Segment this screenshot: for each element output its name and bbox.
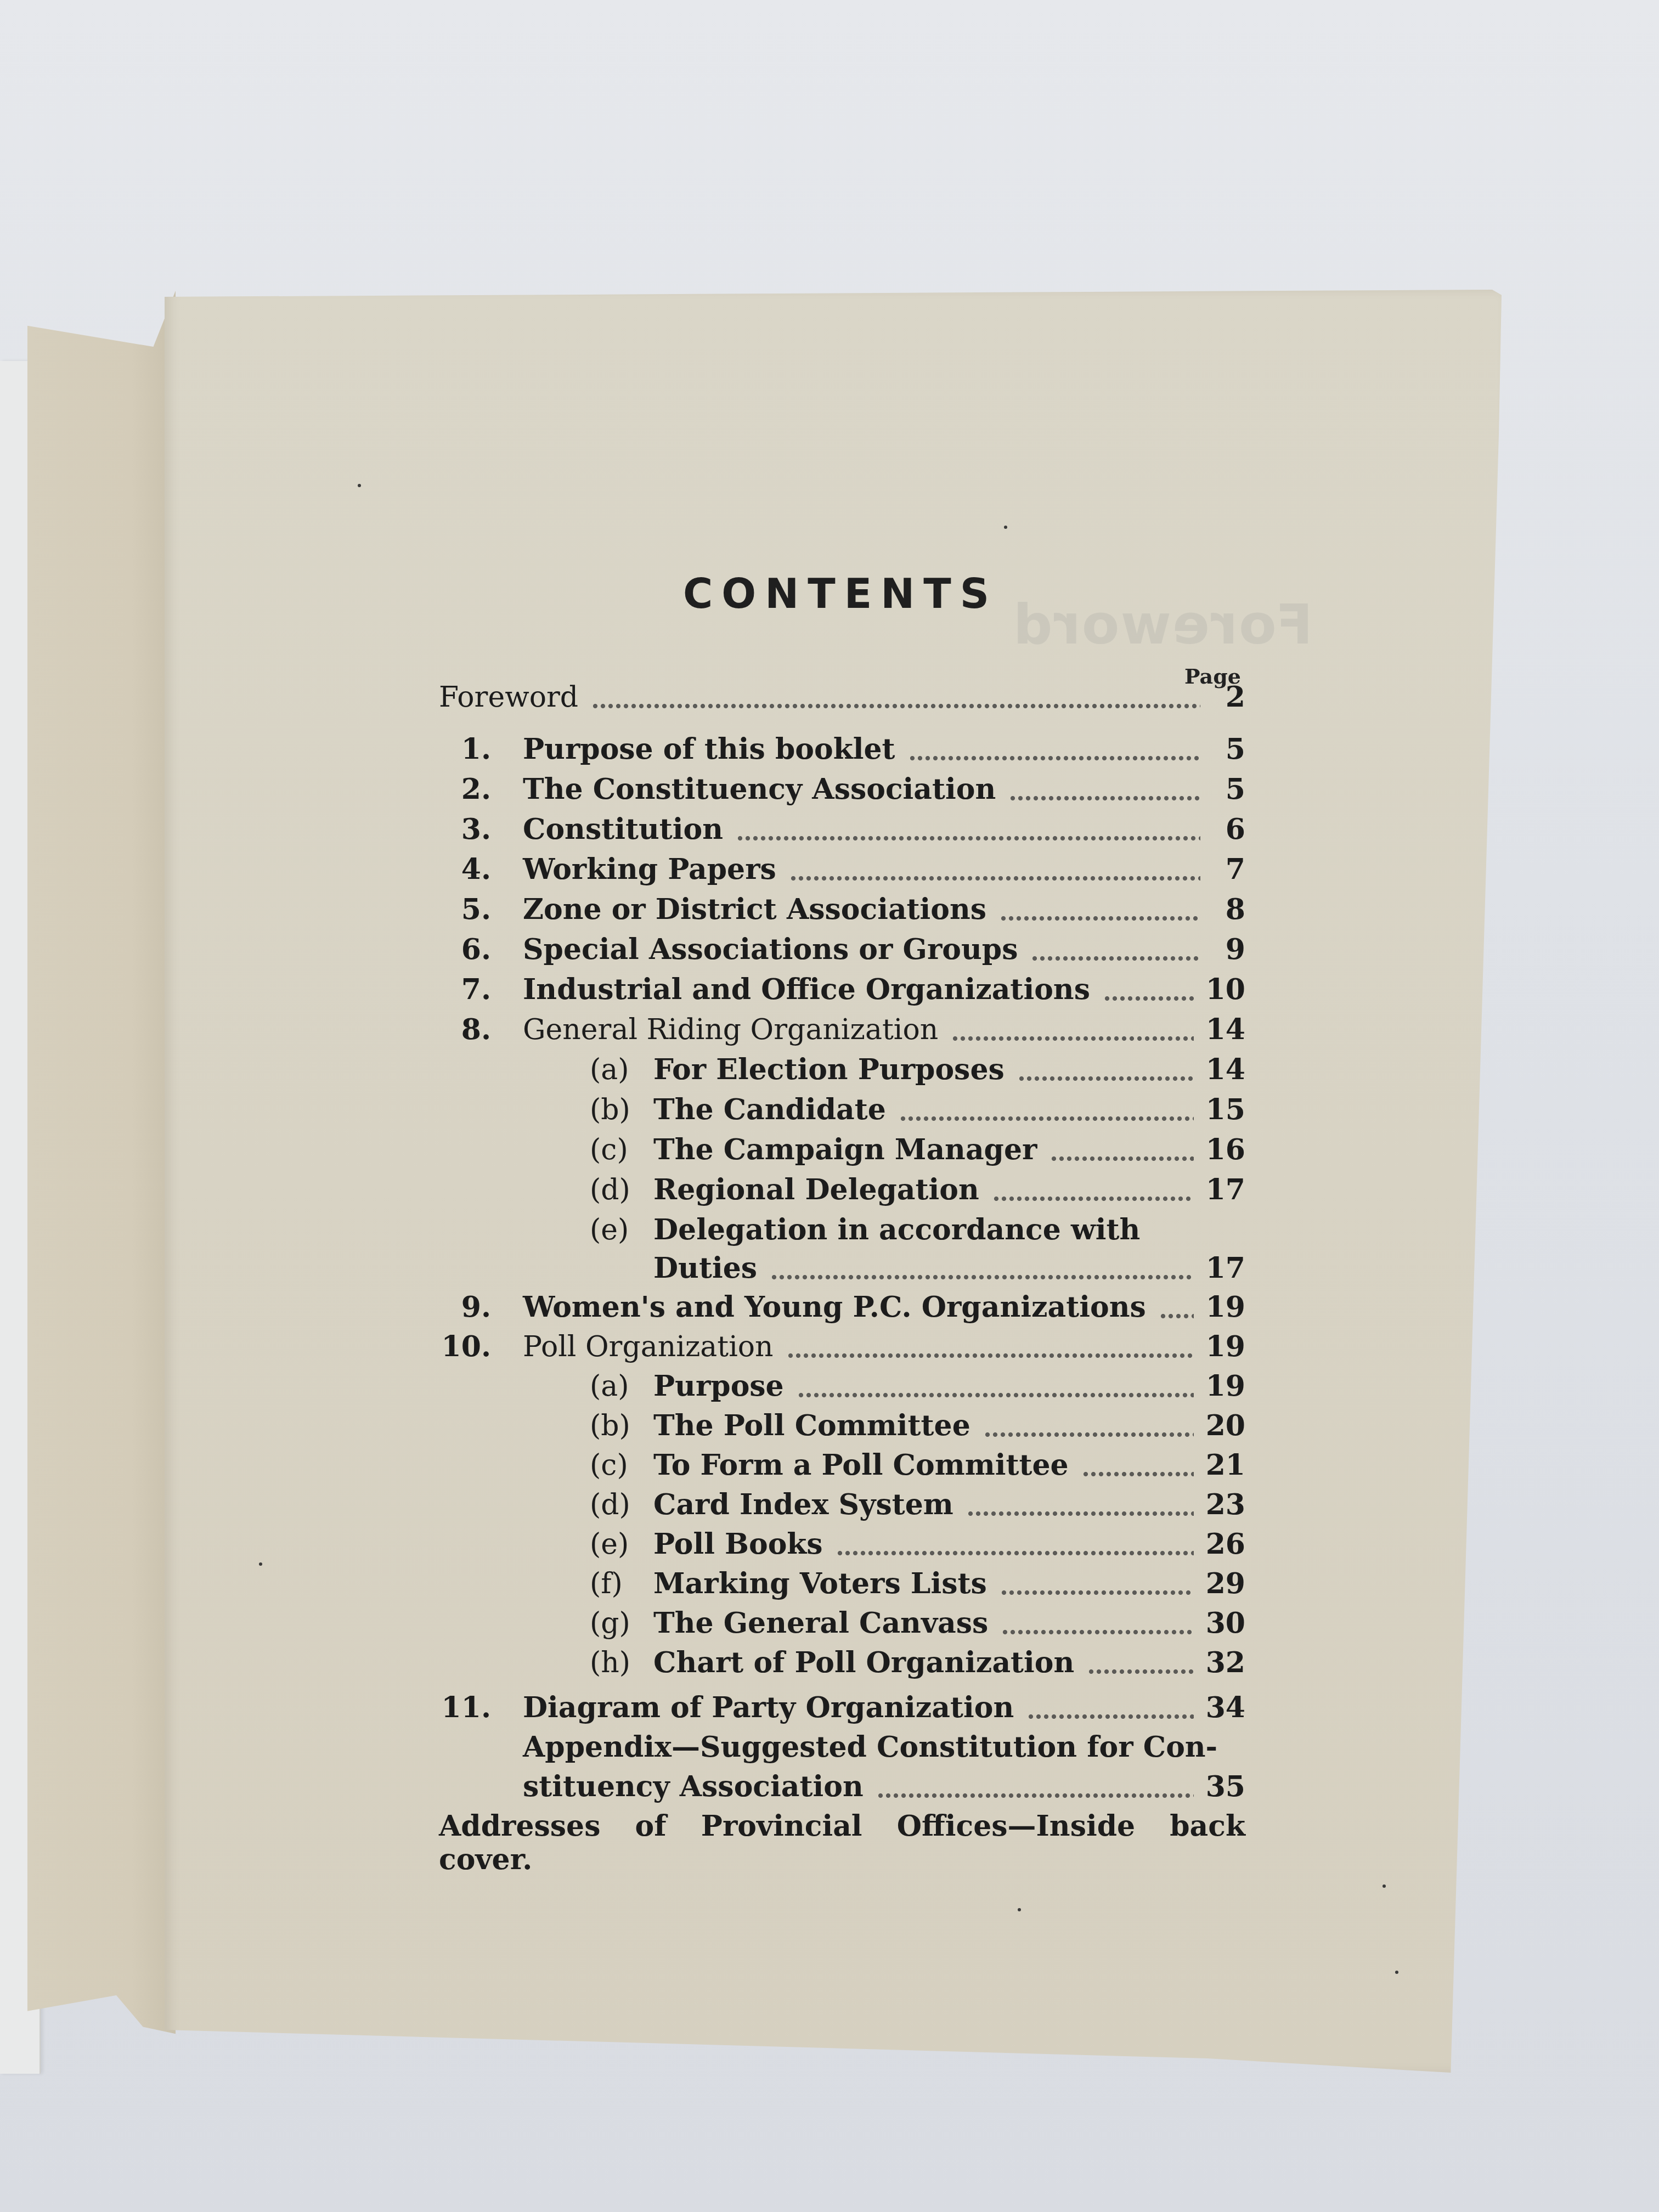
toc-subentry-label: Chart of Poll Organization <box>653 1646 1074 1679</box>
toc-subentry-label: Regional Delegation <box>653 1173 979 1206</box>
toc-entry-page: 14 <box>1206 1053 1245 1086</box>
toc-entry-number: 4. <box>439 853 491 886</box>
toc-subentry[interactable]: (b) The Candidate 15 <box>439 1093 1245 1129</box>
leader-dots <box>1027 1714 1193 1719</box>
leader-dots <box>591 703 1200 709</box>
toc-subentry-label: The Candidate <box>653 1093 886 1126</box>
toc-subentry-letter: (g) <box>590 1607 650 1640</box>
toc-entry-label: Zone or District Associations <box>523 893 986 926</box>
toc-entry[interactable]: Foreword 2 <box>439 680 1245 716</box>
toc-entry-page: 15 <box>1206 1093 1245 1126</box>
toc-entry[interactable]: 6. Special Associations or Groups 9 <box>439 933 1245 969</box>
toc-subentry-label: Marking Voters Lists <box>653 1567 987 1600</box>
toc-subentry-letter: (a) <box>590 1053 650 1086</box>
toc-subentry[interactable]: (e) Poll Books 26 <box>439 1527 1245 1564</box>
leader-dots <box>909 755 1200 761</box>
leader-dots <box>1031 956 1200 961</box>
leader-dots <box>1000 1590 1194 1595</box>
toc-subentry-label: For Election Purposes <box>653 1053 1005 1086</box>
toc-entry-number: 5. <box>439 893 491 926</box>
leader-dots <box>967 1511 1194 1516</box>
page-title: CONTENTS <box>0 571 1659 618</box>
toc-subentry[interactable]: (a) Purpose 19 <box>439 1369 1245 1406</box>
leader-dots <box>1050 1156 1193 1161</box>
toc-entry-label: Foreword <box>439 681 578 714</box>
toc-subentry-label: To Form a Poll Committee <box>653 1448 1069 1482</box>
toc-entry-page: 34 <box>1206 1691 1245 1724</box>
toc-entry[interactable]: 8. General Riding Organization 14 <box>439 1013 1245 1049</box>
toc-entry-number: 9. <box>439 1290 491 1324</box>
paper-speck <box>1004 526 1007 529</box>
toc-entry[interactable]: 11. Diagram of Party Organization 34 <box>439 1691 1245 1727</box>
toc-subentry-letter: (c) <box>590 1449 650 1482</box>
paper-speck <box>1018 1908 1021 1911</box>
toc-entry-label: Women's and Young P.C. Organizations <box>523 1290 1146 1324</box>
toc-entry[interactable]: Appendix—Suggested Constitution for Con- <box>439 1730 1245 1767</box>
toc-subentry-label: Purpose <box>653 1369 784 1403</box>
leader-dots <box>1001 1629 1193 1635</box>
toc-entry-number: 7. <box>439 973 491 1006</box>
toc-subentry[interactable]: (d) Card Index System 23 <box>439 1488 1245 1524</box>
leader-dots <box>1009 795 1200 801</box>
toc-entry-page: 2 <box>1212 680 1245 714</box>
toc-entry-number: 3. <box>439 812 491 846</box>
toc-entry-page: 6 <box>1212 812 1245 846</box>
toc-entry[interactable]: 10. Poll Organization 19 <box>439 1330 1245 1366</box>
leader-dots <box>1103 996 1194 1001</box>
booklet-cover-flap <box>27 291 176 2041</box>
toc-entry[interactable]: 5. Zone or District Associations 8 <box>439 893 1245 929</box>
toc-entry-page: 16 <box>1206 1133 1245 1166</box>
toc-entry-page: 19 <box>1206 1330 1245 1363</box>
toc-subentry-letter: (b) <box>590 1409 650 1442</box>
toc-entry-page: 26 <box>1206 1527 1245 1561</box>
toc-entry[interactable]: 2. The Constituency Association 5 <box>439 772 1245 809</box>
paper-speck <box>1395 1971 1398 1974</box>
paper-speck <box>1383 1884 1386 1888</box>
toc-subentry-label: The General Canvass <box>653 1606 988 1640</box>
toc-entry-label-continued: stituency Association <box>523 1770 864 1803</box>
toc-entry[interactable]: 7. Industrial and Office Organizations 1… <box>439 973 1245 1009</box>
toc-subentry[interactable]: (c) The Campaign Manager 16 <box>439 1133 1245 1169</box>
toc-entry-label: Constitution <box>523 812 723 846</box>
toc-entry[interactable]: 9. Women's and Young P.C. Organizations … <box>439 1290 1245 1327</box>
footer-note: Addresses of Provincial Offices—Inside b… <box>439 1809 1245 1876</box>
toc-entry[interactable]: 1. Purpose of this booklet 5 <box>439 732 1245 769</box>
toc-entry-continuation[interactable]: stituency Association 35 <box>439 1770 1245 1806</box>
toc-subentry-letter: (d) <box>590 1488 650 1521</box>
toc-entry-page: 7 <box>1212 853 1245 886</box>
leader-dots <box>951 1036 1193 1041</box>
toc-entry-page: 19 <box>1206 1369 1245 1403</box>
toc-entry-label: Diagram of Party Organization <box>523 1691 1014 1724</box>
toc-entry-page: 35 <box>1206 1770 1245 1803</box>
toc-entry-number: 8. <box>439 1013 491 1046</box>
toc-entry-page: 10 <box>1206 973 1245 1006</box>
toc-entry-page: 30 <box>1206 1606 1245 1640</box>
toc-entry-page: 17 <box>1206 1173 1245 1206</box>
toc-entry-number: 6. <box>439 933 491 966</box>
toc-subentry-continuation[interactable]: Duties 17 <box>439 1251 1245 1288</box>
toc-entry-page: 8 <box>1212 893 1245 926</box>
toc-subentry-letter: (b) <box>590 1093 650 1126</box>
toc-entry-label: General Riding Organization <box>523 1013 938 1046</box>
leader-dots <box>877 1793 1194 1798</box>
toc-entry-page: 17 <box>1206 1251 1245 1285</box>
leader-dots <box>1018 1076 1194 1081</box>
toc-entry-label: Poll Organization <box>523 1330 774 1363</box>
leader-dots <box>1087 1669 1193 1674</box>
toc-subentry[interactable]: (b) The Poll Committee 20 <box>439 1409 1245 1445</box>
leader-dots <box>1082 1471 1194 1477</box>
toc-subentry-label: The Campaign Manager <box>653 1133 1037 1166</box>
toc-entry[interactable]: 3. Constitution 6 <box>439 812 1245 849</box>
toc-entry[interactable]: 4. Working Papers 7 <box>439 853 1245 889</box>
toc-subentry-letter: (e) <box>590 1528 650 1561</box>
toc-entry-label: Purpose of this booklet <box>523 732 895 766</box>
toc-entry-number: 11. <box>439 1691 491 1724</box>
leader-dots <box>770 1274 1194 1280</box>
toc-entry-page: 20 <box>1206 1409 1245 1442</box>
toc-entry-label: Special Associations or Groups <box>523 933 1018 966</box>
leader-dots <box>984 1432 1194 1437</box>
toc-entry-page: 29 <box>1206 1567 1245 1600</box>
toc-subentry-letter: (d) <box>590 1173 650 1206</box>
toc-subentry-label: Delegation in accordance with <box>653 1213 1140 1246</box>
toc-entry-page: 19 <box>1206 1290 1245 1324</box>
leader-dots <box>736 836 1200 841</box>
leader-dots <box>789 876 1200 881</box>
leader-dots <box>1159 1313 1194 1319</box>
toc-entry-number: 1. <box>439 732 491 766</box>
toc-entry-page: 14 <box>1206 1013 1245 1046</box>
toc-subentry-letter: (c) <box>590 1133 650 1166</box>
toc-subentry-label-continued: Duties <box>653 1251 757 1285</box>
leader-dots <box>787 1353 1194 1358</box>
toc-entry-label: The Constituency Association <box>523 772 996 806</box>
toc-subentry-letter: (f) <box>590 1567 650 1600</box>
paper-speck <box>358 484 361 487</box>
toc-entry-label: Working Papers <box>523 853 776 886</box>
paper-speck <box>259 1562 262 1566</box>
toc-subentry[interactable]: (h) Chart of Poll Organization 32 <box>439 1646 1245 1682</box>
leader-dots <box>836 1550 1194 1556</box>
leader-dots <box>797 1392 1194 1398</box>
toc-subentry-letter: (h) <box>590 1646 650 1679</box>
toc-entry-page: 32 <box>1206 1646 1245 1679</box>
toc-entry-number: 2. <box>439 772 491 806</box>
leader-dots <box>992 1196 1194 1201</box>
toc-subentry[interactable]: (e) Delegation in accordance with <box>439 1213 1245 1249</box>
toc-entry-label: Appendix—Suggested Constitution for Con- <box>523 1730 1217 1764</box>
toc-entry-page: 5 <box>1212 772 1245 806</box>
toc-entry-page: 5 <box>1212 732 1245 766</box>
toc-subentry-label: The Poll Committee <box>653 1409 970 1442</box>
toc-subentry[interactable]: (g) The General Canvass 30 <box>439 1606 1245 1643</box>
toc-subentry[interactable]: (d) Regional Delegation 17 <box>439 1173 1245 1209</box>
toc-subentry-letter: (a) <box>590 1370 650 1403</box>
toc-entry-page: 23 <box>1206 1488 1245 1521</box>
toc-subentry-letter: (e) <box>590 1214 650 1246</box>
toc-subentry[interactable]: (f) Marking Voters Lists 29 <box>439 1567 1245 1603</box>
toc-subentry-label: Poll Books <box>653 1527 823 1561</box>
toc-subentry[interactable]: (a) For Election Purposes 14 <box>439 1053 1245 1089</box>
toc-entry-label: Industrial and Office Organizations <box>523 973 1090 1006</box>
toc-entry-number: 10. <box>439 1330 491 1363</box>
toc-subentry-label: Card Index System <box>653 1488 953 1521</box>
leader-dots <box>1000 916 1200 921</box>
toc-entry-page: 21 <box>1206 1448 1245 1482</box>
leader-dots <box>899 1116 1194 1121</box>
toc-subentry[interactable]: (c) To Form a Poll Committee 21 <box>439 1448 1245 1485</box>
toc-entry-page: 9 <box>1212 933 1245 966</box>
